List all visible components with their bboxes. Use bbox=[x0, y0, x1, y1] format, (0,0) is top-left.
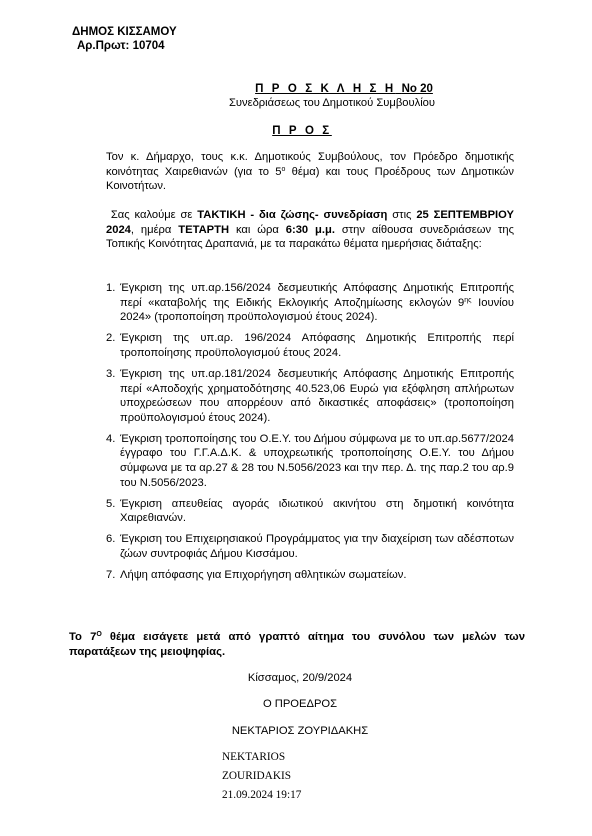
agenda-item-text: Έγκριση του Επιχειρησιακού Προγράμματος … bbox=[120, 533, 514, 560]
agenda-item-text: Έγκριση τροποποίησης του Ο.Ε.Υ. του Δήμο… bbox=[120, 433, 514, 489]
agenda-item: 4.Έγκριση τροποποίησης του Ο.Ε.Υ. του Δή… bbox=[106, 432, 514, 490]
agenda-item-number: 2. bbox=[106, 331, 115, 346]
note-text: Το 7 bbox=[69, 631, 96, 643]
invitation-number: Νο 20 bbox=[402, 83, 433, 95]
agenda-item-text: Έγκριση της υπ.αρ. 196/2024 Απόφασης Δημ… bbox=[120, 332, 514, 359]
invitation-paragraph: Σας καλούμε σε ΤΑΚΤΙΚΗ - δια ζώσης- συνε… bbox=[106, 208, 514, 252]
agenda-item-number: 3. bbox=[106, 367, 115, 382]
invitation-title: Π Ρ Ο Σ Κ Λ Η Σ Η Νο 20 bbox=[0, 83, 592, 95]
to-heading: Π Ρ Ο Σ bbox=[272, 125, 332, 137]
agenda-item-number: 6. bbox=[106, 532, 115, 547]
signature-timestamp: 21.09.2024 19:17 bbox=[222, 789, 301, 801]
signature-last-name: ZOURIDAKIS bbox=[222, 770, 291, 782]
agenda-item-number: 4. bbox=[106, 432, 115, 447]
agenda-item-number: 1. bbox=[106, 281, 115, 296]
agenda-item-number: 7. bbox=[106, 568, 115, 583]
agenda-item: 5.Έγκριση απευθείας αγοράς ιδιωτικού ακι… bbox=[106, 497, 514, 526]
to-heading-wrap: Π Ρ Ο Σ bbox=[0, 125, 592, 137]
session-time: 6:30 μ.μ. bbox=[286, 224, 335, 236]
agenda-item-sup: ης bbox=[464, 297, 471, 304]
invitation-title-text: Π Ρ Ο Σ Κ Λ Η Σ Η bbox=[255, 83, 396, 95]
recipients-paragraph: Τον κ. Δήμαρχο, τους κ.κ. Δημοτικούς Συμ… bbox=[106, 150, 514, 194]
invitation-text: , ημέρα bbox=[131, 224, 178, 236]
agenda-item: 6.Έγκριση του Επιχειρησιακού Προγράμματο… bbox=[106, 532, 514, 561]
invitation-subtitle: Συνεδριάσεως του Δημοτικού Συμβουλίου bbox=[36, 97, 592, 109]
session-type: ΤΑΚΤΙΚΗ - δια ζώσης- συνεδρίαση bbox=[197, 209, 387, 221]
agenda-list: 1.Έγκριση της υπ.αρ.156/2024 δεσμευτικής… bbox=[106, 281, 514, 589]
protocol-number: Αρ.Πρωτ: 10704 bbox=[77, 40, 165, 52]
invitation-text: στις bbox=[387, 209, 416, 221]
president-role: Ο ΠΡΟΕΔΡΟΣ bbox=[4, 698, 592, 710]
agenda-item: 3.Έγκριση της υπ.αρ.181/2024 δεσμευτικής… bbox=[106, 367, 514, 425]
agenda-item: 2.Έγκριση της υπ.αρ. 196/2024 Απόφασης Δ… bbox=[106, 331, 514, 360]
municipality-name: ΔΗΜΟΣ ΚΙΣΣΑΜΟΥ bbox=[72, 26, 177, 38]
invitation-text: και ώρα bbox=[229, 224, 286, 236]
note-paragraph: Το 7Ο θέμα εισάγετε μετά από γραπτό αίτη… bbox=[69, 630, 525, 659]
note-text-end: θέμα εισάγετε μετά από γραπτό αίτημα του… bbox=[69, 631, 525, 658]
president-name: ΝΕΚΤΑΡΙΟΣ ΖΟΥΡΙΔΑΚΗΣ bbox=[4, 725, 592, 737]
session-day: ΤΕΤΑΡΤΗ bbox=[178, 224, 229, 236]
agenda-item: 1.Έγκριση της υπ.αρ.156/2024 δεσμευτικής… bbox=[106, 281, 514, 325]
agenda-item-text: Έγκριση της υπ.αρ.181/2024 δεσμευτικής Α… bbox=[120, 368, 514, 424]
agenda-item-text: Λήψη απόφασης για Επιχορήγηση αθλητικών … bbox=[120, 569, 406, 581]
agenda-item-text: Έγκριση απευθείας αγοράς ιδιωτικού ακινή… bbox=[120, 498, 514, 525]
place-date: Κίσσαμος, 20/9/2024 bbox=[4, 672, 592, 684]
agenda-item: 7.Λήψη απόφασης για Επιχορήγηση αθλητικώ… bbox=[106, 568, 514, 583]
signature-first-name: NEKTARIOS bbox=[222, 751, 285, 763]
agenda-item-text: Έγκριση της υπ.αρ.156/2024 δεσμευτικής Α… bbox=[120, 282, 514, 309]
invitation-text: Σας καλούμε σε bbox=[111, 209, 197, 221]
agenda-item-number: 5. bbox=[106, 497, 115, 512]
